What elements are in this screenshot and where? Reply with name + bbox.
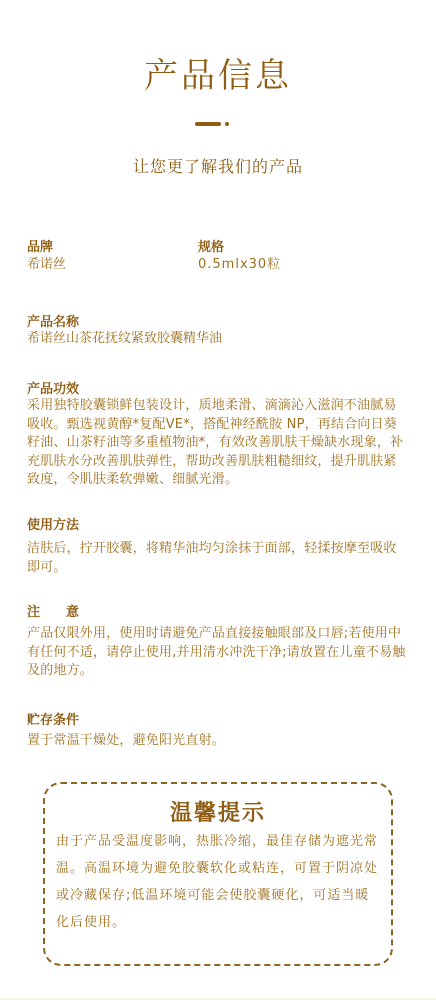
storage-label: 贮存条件 xyxy=(27,709,79,728)
tip-text: 由于产品受温度影响，热胀冷缩，最佳存储为遮光常温。高温环境为避免胶囊软化或粘连，… xyxy=(56,828,381,936)
product-name-label: 产品名称 xyxy=(27,311,79,330)
title-divider xyxy=(195,121,235,127)
divider-bar xyxy=(195,122,221,126)
page-title: 产品信息 xyxy=(0,48,436,97)
caution-text: 产品仅限外用，使用时请避免产品直接接触眼部及口唇;若使用中有任何不适，请停止使用… xyxy=(27,625,407,681)
caution-label: 注 意 xyxy=(27,601,79,620)
product-name-value: 希诺丝山茶花抚纹紧致胶囊精华油 xyxy=(27,330,222,348)
page-subtitle: 让您更了解我们的产品 xyxy=(0,154,436,177)
brand-value: 希诺丝 xyxy=(27,256,66,274)
storage-text: 置于常温干燥处，避免阳光直射。 xyxy=(27,732,407,751)
size-label: 规格 xyxy=(198,236,224,255)
tip-title: 温馨提示 xyxy=(0,796,436,827)
size-value: 0.5mlx30粒 xyxy=(198,256,281,274)
brand-label: 品牌 xyxy=(27,236,53,255)
efficacy-label: 产品功效 xyxy=(27,378,79,397)
efficacy-text: 采用独特胶囊锁鲜包装设计，质地柔滑、滴滴沁入滋润不油腻易吸收。甄选视黄醇*复配V… xyxy=(27,397,407,490)
usage-text: 洁肤后，拧开胶囊，将精华油均匀涂抹于面部，轻揉按摩至吸收即可。 xyxy=(27,540,407,577)
divider-dot xyxy=(225,122,229,126)
usage-label: 使用方法 xyxy=(27,514,79,533)
